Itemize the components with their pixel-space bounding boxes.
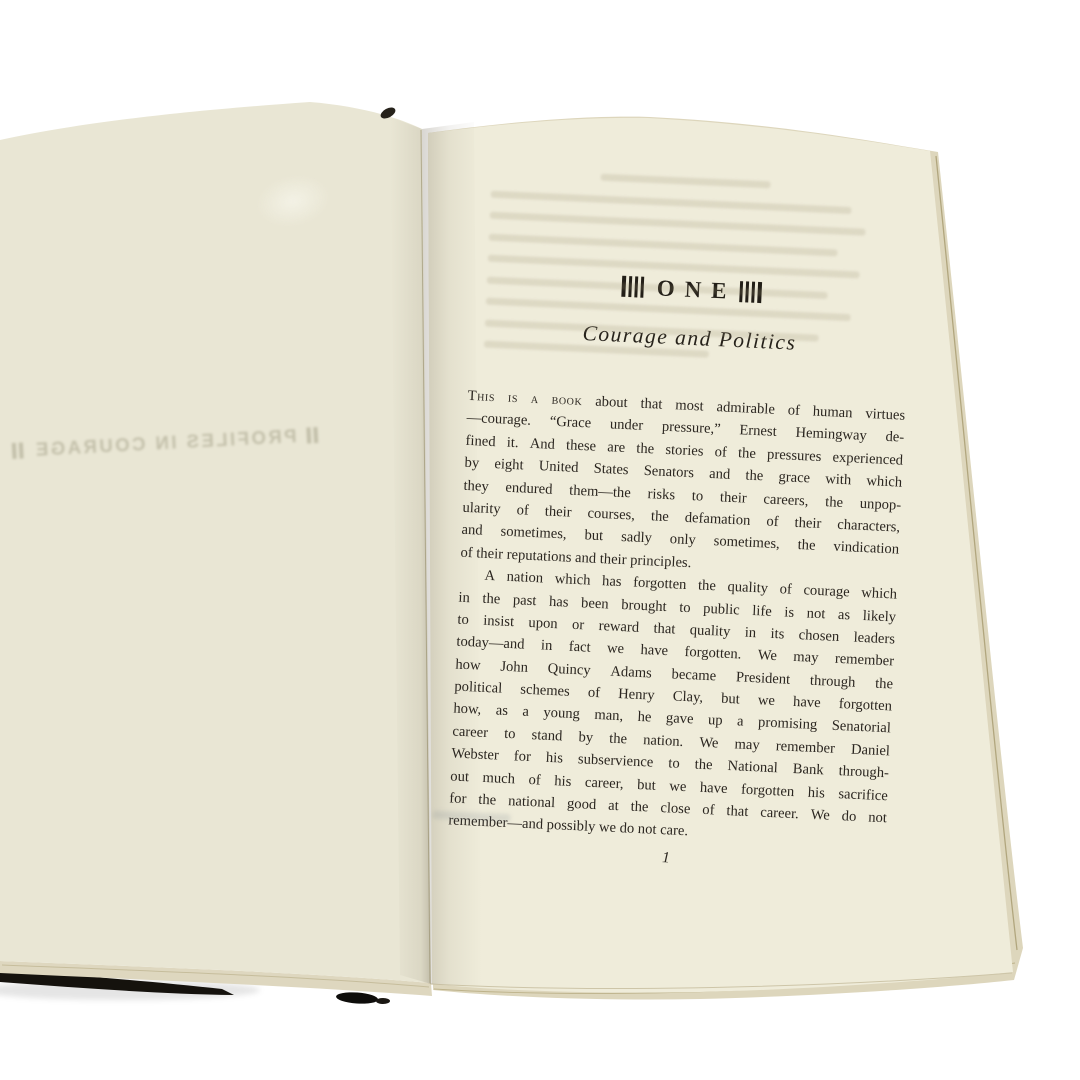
ornament-bars-icon [12,442,24,459]
show-through-line [491,190,852,213]
show-through-line [489,233,838,256]
open-book-photo: PROFILES IN COURAGE ONE Courage and Poli… [0,0,1080,1080]
show-through-line [490,212,866,236]
show-through-line [487,276,828,298]
cover-speck-bottom [376,998,390,1004]
left-page [0,102,431,983]
cover-glimpse-bottom [336,991,379,1005]
ornament-bars-icon [306,427,318,444]
mirrored-title-text: PROFILES IN COURAGE [33,425,297,461]
show-through-line [486,298,851,322]
show-through-line [485,319,819,341]
right-page-content: ONE Courage and Politics Thisisabookabou… [447,256,912,877]
show-through-line [488,255,860,279]
show-through-lines [483,169,879,380]
show-through-line [484,341,709,358]
body-text: Thisisabookaboutthatmostadmirableofhuman… [448,385,906,852]
